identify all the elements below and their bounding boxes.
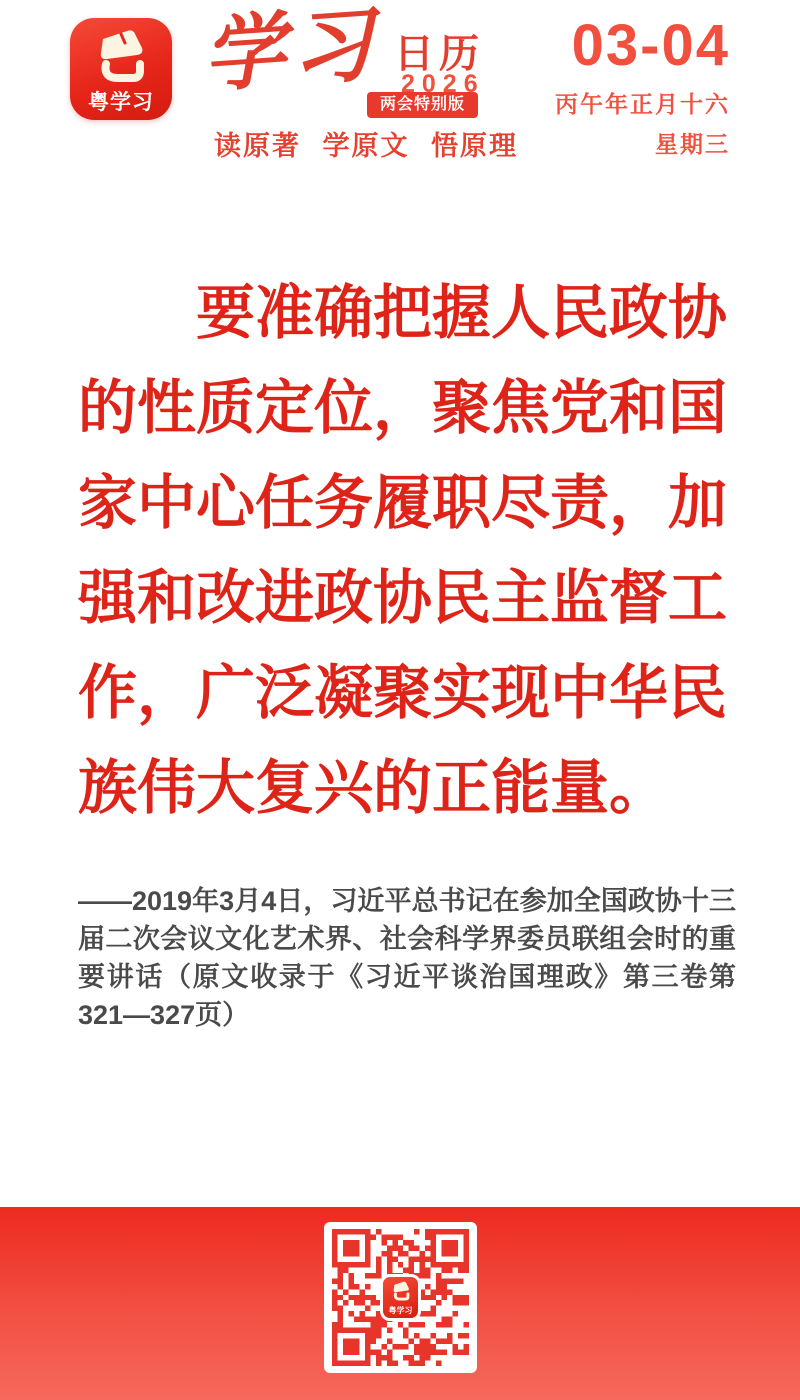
quote: 要准确把握人民政协 的性质定位，聚焦党和国 家中心任务履职尽责，加 强和改进政协…	[78, 266, 738, 836]
quote-line: 作，广泛凝聚实现中华民	[78, 646, 738, 741]
quote-line: 的性质定位，聚焦党和国	[78, 361, 738, 456]
yuexuexi-app-icon: 粤学习	[70, 18, 172, 120]
quote-line: 家中心任务履职尽责，加	[78, 456, 738, 551]
edition-badge: 两会特别版	[367, 92, 478, 118]
qr-logo-label: 粤学习	[383, 1305, 418, 1316]
tagline: 读原著 学原文 悟原理	[214, 124, 518, 163]
quote-line: 要准确把握人民政协	[78, 266, 738, 361]
qr-code: 粤学习	[324, 1222, 477, 1373]
app-icon-label: 粤学习	[70, 86, 172, 116]
attribution: ——2019年3月4日，习近平总书记在参加全国政协十三届二次会议文化艺术界、社会…	[78, 882, 736, 1034]
date-weekday: 星期三	[555, 126, 730, 159]
quote-line: 族伟大复兴的正能量。	[78, 741, 738, 836]
quote-line: 强和改进政协民主监督工	[78, 551, 738, 646]
date-block: 03-04 丙午年正月十六 星期三	[555, 16, 730, 159]
logo-calligraphy: 学习	[200, 2, 382, 100]
footer: 粤学习	[0, 1207, 800, 1400]
date-lunar: 丙午年正月十六	[555, 86, 730, 119]
date-day: 03-04	[555, 16, 730, 77]
qr-center-logo-icon: 粤学习	[380, 1274, 421, 1321]
